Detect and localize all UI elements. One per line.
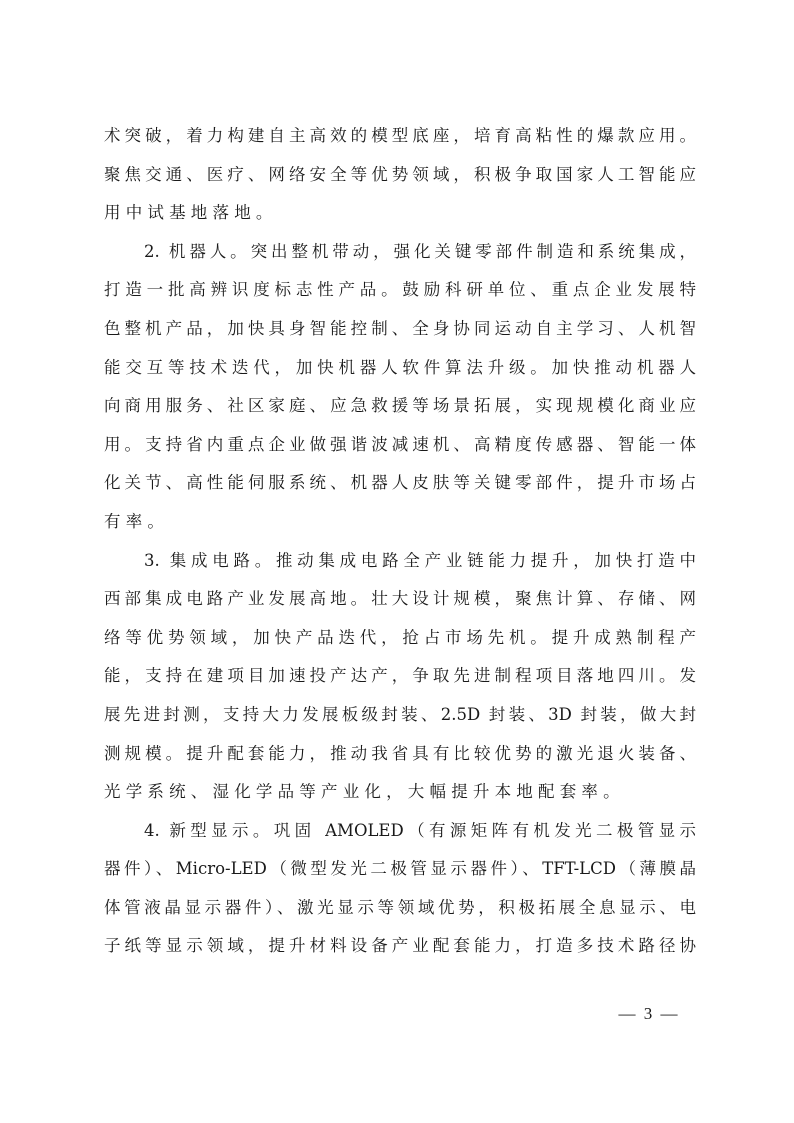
page-number: — 3 — (612, 1002, 686, 1026)
text-line: 体管液晶显示器件）、激光显示等领域优势，积极拓展全息显示、电 (104, 889, 696, 928)
text-line: 能交互等技术迭代，加快机器人软件算法升级。加快推动机器人 (104, 349, 696, 388)
text-line: 络等优势领域，加快产品迭代，抢占市场先机。提升成熟制程产 (104, 619, 696, 658)
paragraph-new-display: 4. 新型显示。巩固 AMOLED（有源矩阵有机发光二极管显示 器件）、Micr… (104, 812, 696, 966)
text-line: 西部集成电路产业发展高地。壮大设计规模，聚焦计算、存储、网 (104, 580, 696, 619)
paragraph-ai-continuation: 术突破，着力构建自主高效的模型底座，培育高粘性的爆款应用。 聚焦交通、医疗、网络… (104, 117, 696, 233)
section-heading-line: 3. 集成电路。推动集成电路全产业链能力提升，加快打造中 (104, 542, 696, 581)
paragraph-integrated-circuits: 3. 集成电路。推动集成电路全产业链能力提升，加快打造中 西部集成电路产业发展高… (104, 542, 696, 812)
text-line: 展先进封测，支持大力发展板级封装、2.5D 封装、3D 封装，做大封 (104, 696, 696, 735)
text-line: 术突破，着力构建自主高效的模型底座，培育高粘性的爆款应用。 (104, 117, 696, 156)
text-line: 打造一批高辨识度标志性产品。鼓励科研单位、重点企业发展特 (104, 271, 696, 310)
text-line: 向商用服务、社区家庭、应急救援等场景拓展，实现规模化商业应 (104, 387, 696, 426)
text-line: 能，支持在建项目加速投产达产，争取先进制程项目落地四川。发 (104, 657, 696, 696)
text-line: 测规模。提升配套能力，推动我省具有比较优势的激光退火装备、 (104, 735, 696, 774)
text-line: 有率。 (104, 503, 696, 542)
document-page: 术突破，着力构建自主高效的模型底座，培育高粘性的爆款应用。 聚焦交通、医疗、网络… (0, 0, 794, 1123)
text-line: 子纸等显示领域，提升材料设备产业配套能力，打造多技术路径协 (104, 927, 696, 966)
text-line: 色整机产品，加快具身智能控制、全身协同运动自主学习、人机智 (104, 310, 696, 349)
text-line: 器件）、Micro-LED（微型发光二极管显示器件）、TFT-LCD（薄膜晶 (104, 850, 696, 889)
section-heading-line: 2. 机器人。突出整机带动，强化关键零部件制造和系统集成， (104, 233, 696, 272)
paragraph-robotics: 2. 机器人。突出整机带动，强化关键零部件制造和系统集成， 打造一批高辨识度标志… (104, 233, 696, 542)
section-heading-line: 4. 新型显示。巩固 AMOLED（有源矩阵有机发光二极管显示 (104, 812, 696, 851)
text-line: 用。支持省内重点企业做强谐波减速机、高精度传感器、智能一体 (104, 426, 696, 465)
text-line: 用中试基地落地。 (104, 194, 696, 233)
text-line: 化关节、高性能伺服系统、机器人皮肤等关键零部件，提升市场占 (104, 464, 696, 503)
text-line: 聚焦交通、医疗、网络安全等优势领域，积极争取国家人工智能应 (104, 156, 696, 195)
text-line: 光学系统、湿化学品等产业化，大幅提升本地配套率。 (104, 773, 696, 812)
document-body: 术突破，着力构建自主高效的模型底座，培育高粘性的爆款应用。 聚焦交通、医疗、网络… (104, 117, 696, 966)
